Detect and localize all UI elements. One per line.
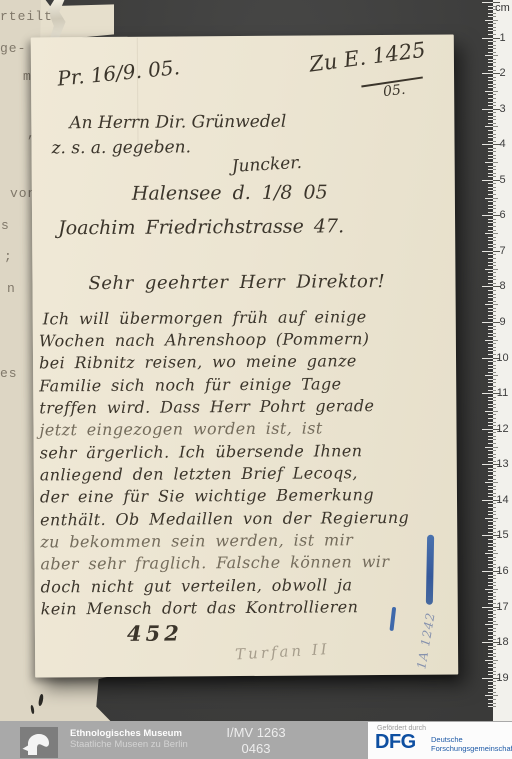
ruler-mark: 8 [494, 280, 511, 292]
ruler-tick [493, 621, 496, 622]
ruler-tick [493, 116, 496, 117]
ruler-tick [493, 329, 496, 330]
ruler-tick [482, 642, 493, 643]
ruler-tick [493, 382, 496, 383]
ruler-tick [493, 272, 496, 273]
ruler-mark: 19 [494, 672, 511, 684]
ruler-tick [493, 475, 496, 476]
ruler-tick [485, 411, 493, 412]
ruler-tick [482, 73, 493, 74]
ruler-mark: 15 [494, 529, 511, 541]
ruler-tick [485, 55, 493, 56]
typewritten-fragment: s [1, 218, 10, 233]
scan-number: 0463 [156, 741, 356, 757]
ruler-tick [493, 201, 496, 202]
ruler-tick [493, 489, 496, 490]
ruler-tick [482, 180, 493, 181]
ruler-tick [493, 553, 498, 554]
ruler-tick [482, 393, 493, 394]
funder-name-line1: Deutsche [431, 735, 512, 744]
ruler-tick [493, 304, 498, 305]
place-and-date: Halensee d. 1/8 05 [132, 181, 328, 204]
ruler-tick [493, 119, 496, 120]
handwritten-letter-page: Pr. 16/9. 05. Zu E. 1425 05. An Herrn Di… [31, 35, 458, 678]
ruler-tick [493, 20, 498, 21]
ruler-mark: 13 [494, 458, 511, 470]
ruler-tick [493, 155, 496, 156]
ruler-mark: 18 [494, 636, 511, 648]
letter-body-line: zu bekommen sein werden, ist mir [40, 530, 353, 551]
ruler: cm 12345678910111213141516171819 [480, 0, 512, 712]
page-number: 452 [127, 620, 183, 645]
ruler-tick [485, 269, 493, 270]
ruler-tick [493, 308, 496, 309]
letter-body-line: jetzt eingezogen worden ist, ist [39, 418, 322, 439]
street-address: Joachim Friedrichstrasse 47. [58, 215, 344, 239]
ruler-tick [493, 262, 496, 263]
ruler-tick [493, 237, 496, 238]
ruler-tick [493, 688, 496, 689]
ruler-tick [493, 649, 496, 650]
smb-eagle-icon [20, 727, 58, 758]
dfg-logo: DFG [375, 731, 416, 754]
ruler-tick [493, 84, 496, 85]
letter-body-line: sehr ärgerlich. Ich übersende Ihnen [40, 441, 363, 462]
presentation-note: Pr. 16/9. 05. [56, 55, 181, 90]
ruler-tick [493, 16, 496, 17]
ruler-tick [493, 9, 496, 10]
dfg-logo-box: Gefördert durch DFG Deutsche Forschungsg… [368, 722, 512, 759]
ruler-tick [493, 379, 496, 380]
ruler-tick [493, 62, 496, 63]
ruler-tick [493, 624, 498, 625]
ruler-tick [493, 550, 496, 551]
letter-body-line: anliegend den letzten Brief Lecoqs, [40, 463, 358, 484]
ruler-tick [493, 486, 496, 487]
ruler-tick [493, 91, 498, 92]
ruler-tick [493, 585, 496, 586]
letter-body-line: enthält. Ob Medaillen von der Regierung [40, 508, 409, 530]
ruler-tick [485, 447, 493, 448]
ruler-tick [493, 94, 496, 95]
ruler-tick [493, 226, 496, 227]
ruler-tick [493, 400, 496, 401]
ruler-tick [493, 194, 496, 195]
letter-body-line: der eine für Sie wichtige Bemerkung [40, 485, 374, 506]
letter-body-line: bei Ribnitz reisen, wo meine ganze [39, 351, 357, 372]
ruler-tick [493, 343, 496, 344]
ruler-tick [493, 158, 496, 159]
ruler-tick [493, 543, 496, 544]
ruler-tick [485, 482, 493, 483]
ruler-tick [493, 663, 496, 664]
ruler-tick [493, 578, 496, 579]
ruler-tick [493, 653, 496, 654]
ruler-tick [482, 109, 493, 110]
address-signature: Juncker. [231, 153, 302, 177]
ruler-tick [485, 233, 493, 234]
ruler-mark: 9 [494, 316, 511, 328]
address-line: z. s. a. gegeben. [51, 137, 191, 158]
inventory-id: I/MV 1263 [156, 725, 356, 741]
typewritten-fragment: es [0, 366, 18, 381]
ruler-tick [493, 190, 496, 191]
ruler-tick [493, 450, 496, 451]
ruler-tick [493, 151, 496, 152]
ruler-tick [485, 589, 493, 590]
ruler-tick [482, 429, 493, 430]
ruler-mark: 11 [494, 387, 511, 399]
ruler-tick [493, 269, 498, 270]
ruler-tick [493, 514, 496, 515]
ruler-tick [485, 553, 493, 554]
ruler-mark: 16 [494, 565, 511, 577]
footer-bar: Ethnologisches Museum Staatliche Museen … [0, 721, 512, 759]
ruler-tick [493, 55, 498, 56]
ruler-tick [485, 162, 493, 163]
ruler-tick [493, 265, 496, 266]
ruler-tick [493, 685, 496, 686]
ruler-tick [493, 98, 496, 99]
ruler-tick [482, 251, 493, 252]
ruler-tick [493, 27, 496, 28]
ruler-tick [482, 215, 493, 216]
ruler-tick [493, 45, 496, 46]
ruler-mark: 6 [494, 209, 511, 221]
ruler-tick [493, 507, 496, 508]
ruler-tick [493, 134, 496, 135]
salutation: Sehr geehrter Herr Direktor! [88, 271, 385, 294]
ruler-tick [493, 205, 496, 206]
ruler-tick [482, 144, 493, 145]
ruler-tick [482, 607, 493, 608]
ruler-tick [482, 464, 493, 465]
smb-logo [20, 727, 58, 758]
ruler-mark: 2 [494, 67, 511, 79]
ruler-tick [493, 2, 500, 3]
ruler-tick [493, 560, 496, 561]
ruler-tick [493, 695, 498, 696]
ruler-tick [485, 20, 493, 21]
ruler-tick [493, 589, 498, 590]
ruler-mark: 12 [494, 423, 511, 435]
ruler-tick [493, 372, 496, 373]
ruler-tick [493, 418, 496, 419]
ruler-tick [493, 301, 496, 302]
blue-ink-margin-mark [426, 535, 434, 605]
letter-body-line: aber sehr fraglich. Falsche können wir [40, 552, 389, 573]
ruler-tick [493, 162, 498, 163]
ruler-tick [482, 358, 493, 359]
ruler-tick [493, 479, 496, 480]
ruler-tick [493, 454, 496, 455]
ruler-tick [493, 123, 496, 124]
ruler-tick [485, 126, 493, 127]
ruler-tick [485, 660, 493, 661]
typewritten-fragment: rteilt [0, 9, 53, 24]
file-reference-year: 05. [382, 82, 406, 100]
ruler-tick [493, 166, 496, 167]
letter-body-line: treffen wird. Dass Herr Pohrt gerade [39, 396, 374, 417]
ruler-tick [493, 80, 496, 81]
ruler-tick [482, 678, 493, 679]
ruler-tick [493, 311, 496, 312]
ruler-tick [493, 631, 496, 632]
ruler-tick [493, 297, 496, 298]
ruler-tick [493, 336, 496, 337]
ruler-tick [493, 294, 496, 295]
ruler-tick [482, 535, 493, 536]
ruler-tick [482, 571, 493, 572]
letter-body-line: kein Mensch dort das Kontrollieren [41, 597, 359, 618]
ruler-tick [485, 624, 493, 625]
ruler-tick [493, 130, 496, 131]
ruler-tick [493, 169, 496, 170]
ruler-tick [493, 48, 496, 49]
ruler-tick [493, 703, 496, 704]
ruler-unit-label: cm [494, 2, 511, 14]
ruler-tick [493, 198, 498, 199]
ruler-tick [485, 340, 493, 341]
ruler-tick [485, 304, 493, 305]
ruler-mark: 10 [494, 352, 511, 364]
ruler-tick [493, 333, 496, 334]
ruler-tick [493, 187, 496, 188]
ruler-tick [493, 233, 498, 234]
typewritten-fragment: n [7, 281, 16, 296]
ruler-tick [485, 198, 493, 199]
ruler-tick [482, 500, 493, 501]
ruler-tick [493, 436, 496, 437]
ruler-tick [493, 617, 496, 618]
ruler-mark: 3 [494, 103, 511, 115]
ruler-tick [482, 286, 493, 287]
ruler-tick [485, 518, 493, 519]
ruler-tick [493, 692, 496, 693]
ruler-tick [493, 614, 496, 615]
ruler-tick [493, 230, 496, 231]
letter-body-line: doch nicht gut verteilen, obwoll ja [41, 575, 353, 596]
ruler-tick [493, 447, 498, 448]
ruler-tick [493, 240, 496, 241]
ruler-tick [485, 91, 493, 92]
ruler-tick [493, 592, 496, 593]
funder-name-line2: Forschungsgemeinschaft [431, 744, 512, 753]
ruler-tick [493, 6, 496, 7]
ruler-tick [493, 660, 498, 661]
ruler-tick [493, 414, 496, 415]
ruler-tick [493, 411, 498, 412]
ruler-tick [493, 52, 496, 53]
ruler-tick [493, 258, 496, 259]
file-reference: Zu E. 1425 [308, 38, 427, 77]
ruler-tick [493, 525, 496, 526]
ruler-tick [482, 2, 493, 3]
ruler-tick [493, 340, 498, 341]
ruler-tick [493, 365, 496, 366]
ruler-mark: 14 [494, 494, 511, 506]
ruler-mark: 5 [494, 174, 511, 186]
ruler-tick [493, 126, 498, 127]
ruler-tick [493, 443, 496, 444]
letter-body-line: Ich will übermorgen früh auf einige [43, 307, 367, 328]
ruler-tick [493, 13, 496, 14]
ruler-tick [493, 407, 496, 408]
ruler-tick [493, 511, 496, 512]
ruler-tick [493, 521, 496, 522]
pencil-annotation: Turfan II [235, 640, 331, 664]
ruler-tick [485, 695, 493, 696]
ruler-tick [493, 222, 496, 223]
ruler-tick [493, 557, 496, 558]
ruler-tick [493, 439, 496, 440]
blue-ink-stroke [389, 607, 396, 631]
ruler-tick [493, 59, 496, 60]
ruler-tick [493, 23, 496, 24]
ruler-mark: 7 [494, 245, 511, 257]
ruler-tick [493, 596, 496, 597]
ruler-tick [493, 546, 496, 547]
ruler-tick [482, 322, 493, 323]
ruler-tick [493, 375, 498, 376]
blue-rotated-reference: 1A 1242 [412, 600, 441, 682]
ruler-tick [493, 471, 496, 472]
ruler-mark: 17 [494, 601, 511, 613]
ruler-tick [493, 87, 496, 88]
ruler-tick [482, 38, 493, 39]
ruler-tick [485, 375, 493, 376]
ruler-tick [493, 368, 496, 369]
ruler-mark: 1 [494, 32, 511, 44]
typewritten-fragment: ; [4, 249, 13, 264]
ruler-tick [493, 699, 496, 700]
letter-body-line: Wochen nach Ahrenshoop (Pommern) [39, 329, 370, 350]
ruler-tick [493, 656, 496, 657]
ruler-tick [493, 628, 496, 629]
ruler-tick [493, 404, 496, 405]
ruler-mark: 4 [494, 138, 511, 150]
ruler-tick [493, 582, 496, 583]
ruler-tick [493, 518, 498, 519]
paper-crease [137, 38, 139, 153]
letter-body-line: Familie sich noch für einige Tage [39, 374, 341, 395]
typewritten-fragment: ge- [0, 41, 26, 56]
address-line: An Herrn Dir. Grünwedel [69, 112, 286, 134]
ruler-tick [493, 706, 496, 707]
ruler-tick [493, 347, 496, 348]
ruler-tick [493, 276, 496, 277]
ruler-tick [493, 667, 496, 668]
ruler-tick [493, 482, 498, 483]
